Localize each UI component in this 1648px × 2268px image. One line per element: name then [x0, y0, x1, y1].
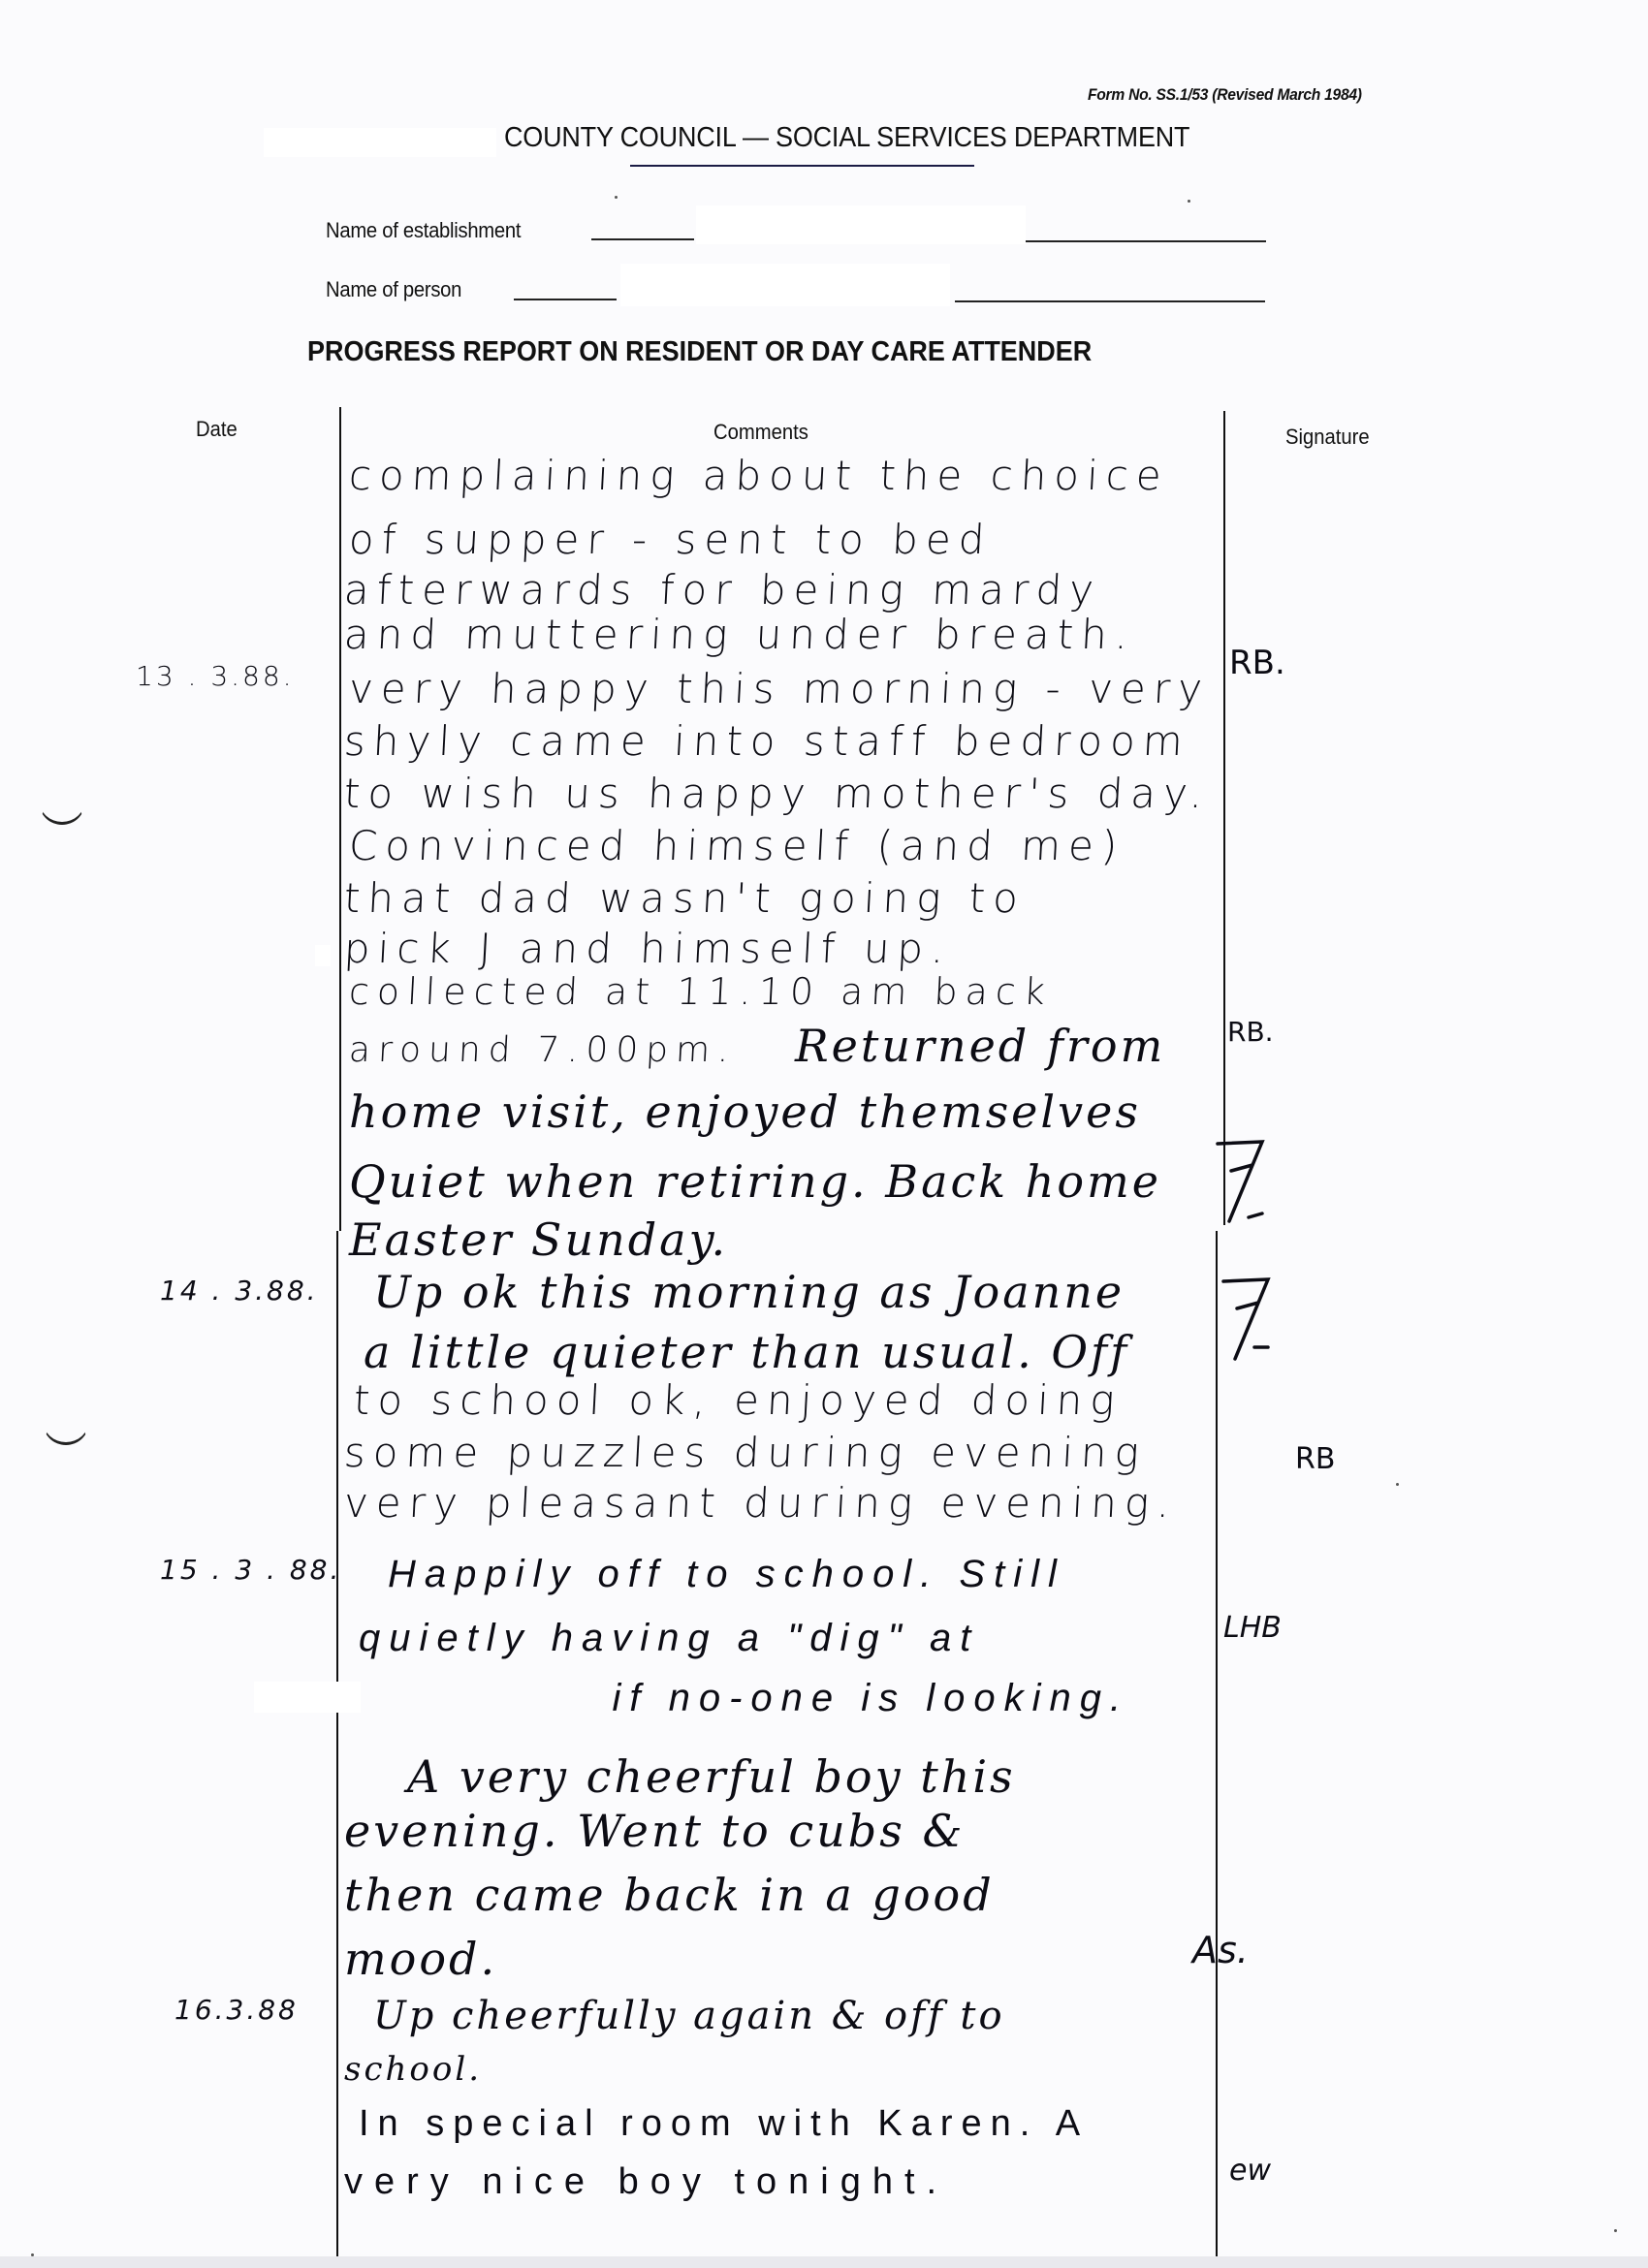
signature-mark-icon [1220, 1277, 1278, 1365]
comments-left-rule-lower [336, 1231, 338, 2256]
signature: As. [1192, 1929, 1249, 1971]
comment-line: of supper - sent to bed [348, 520, 994, 560]
punch-hole [39, 783, 85, 825]
comments-right-rule [1223, 411, 1225, 1225]
person-line-left [514, 299, 617, 300]
comment-line: quietly having a "dig" at [359, 1619, 979, 1657]
establishment-redaction [696, 205, 1026, 244]
report-title: PROGRESS REPORT ON RESIDENT OR DAY CARE … [307, 336, 1092, 368]
comment-line: Up cheerfully again & off to [373, 1997, 1005, 2035]
comment-line: mood. [344, 1937, 497, 1981]
signature: LHB [1223, 1611, 1282, 1645]
comments-left-rule [339, 407, 341, 1231]
speck [615, 196, 618, 199]
comment-line: collected at 11.10 am back [348, 973, 1054, 1010]
comment-line: Returned from [795, 1024, 1165, 1068]
person-line-right [955, 300, 1265, 302]
person-redaction [620, 264, 950, 306]
department-title: COUNTY COUNCIL — SOCIAL SERVICES DEPARTM… [504, 122, 1189, 154]
comment-line: some puzzles during evening [343, 1433, 1148, 1473]
signature: RB. [1229, 644, 1285, 682]
comment-line: afterwards for being mardy [343, 570, 1102, 611]
comment-line: A very cheerful boy this [407, 1754, 1016, 1799]
comment-line: In special room with Karen. A [359, 2105, 1089, 2142]
comment-line: home visit, enjoyed themselves [349, 1089, 1141, 1134]
comment-line: pick J and himself up. [343, 929, 953, 969]
speck [1396, 1483, 1399, 1486]
comment-line: then came back in a good [344, 1873, 995, 1917]
speck [1614, 2229, 1617, 2232]
comments-column-header: Comments [713, 420, 808, 445]
comment-line: Convinced himself (and me) [348, 826, 1126, 866]
entry-date: 13 . 3.88. [136, 663, 295, 690]
comment-line: that dad wasn't going to [343, 878, 1027, 919]
comments-right-rule-lower [1216, 1231, 1218, 2256]
signature-column-header: Signature [1285, 425, 1370, 450]
comment-line: around 7.00pm. [348, 1033, 737, 1068]
name-redaction [254, 1682, 361, 1713]
progress-report-form: Form No. SS.1/53 (Revised March 1984) CO… [0, 0, 1648, 2268]
establishment-label: Name of establishment [326, 218, 521, 243]
form-number: Form No. SS.1/53 (Revised March 1984) [1088, 85, 1362, 105]
comment-line: very happy this morning - very [348, 669, 1211, 709]
comment-line: Up ok this morning as Joanne [373, 1270, 1125, 1314]
comment-line: evening. Went to cubs & [344, 1809, 965, 1853]
speck [1188, 200, 1190, 203]
title-underline [630, 165, 974, 167]
comment-line: Happily off to school. Still [388, 1555, 1065, 1593]
entry-date: 16.3.88 [174, 1997, 299, 2024]
comment-line: school. [344, 2053, 482, 2086]
signature: RB [1295, 1442, 1335, 1476]
person-label: Name of person [326, 277, 461, 302]
comment-line: and muttering under breath. [343, 614, 1136, 655]
comment-line: a little quieter than usual. Off [364, 1330, 1129, 1374]
comment-line: shyly came into staff bedroom [343, 721, 1191, 762]
name-redaction [315, 945, 331, 966]
signature-mark-icon [1214, 1140, 1272, 1227]
date-column-header: Date [196, 417, 238, 442]
entry-date: 14 . 3.88. [160, 1277, 319, 1305]
comment-line: to school ok, enjoyed doing [353, 1380, 1124, 1421]
comment-line: to wish us happy mother's day. [343, 773, 1212, 814]
punch-hole [43, 1403, 89, 1445]
signature: ew [1229, 2154, 1271, 2188]
establishment-line-left [591, 238, 694, 240]
redaction-block [264, 128, 496, 157]
signature: RB. [1227, 1016, 1274, 1048]
comment-line: Quiet when retiring. Back home [349, 1159, 1161, 1204]
establishment-line-right [1026, 240, 1266, 242]
comment-line: very nice boy tonight. [344, 2163, 948, 2200]
scan-edge [0, 2256, 1648, 2268]
comment-line: complaining about the choice [348, 456, 1170, 496]
comment-line: if no-one is looking. [359, 1679, 1129, 1717]
comment-line: Easter Sunday. [349, 1217, 728, 1262]
entry-date: 15 . 3 . 88. [160, 1557, 341, 1584]
comment-line: very pleasant during evening. [343, 1483, 1179, 1524]
